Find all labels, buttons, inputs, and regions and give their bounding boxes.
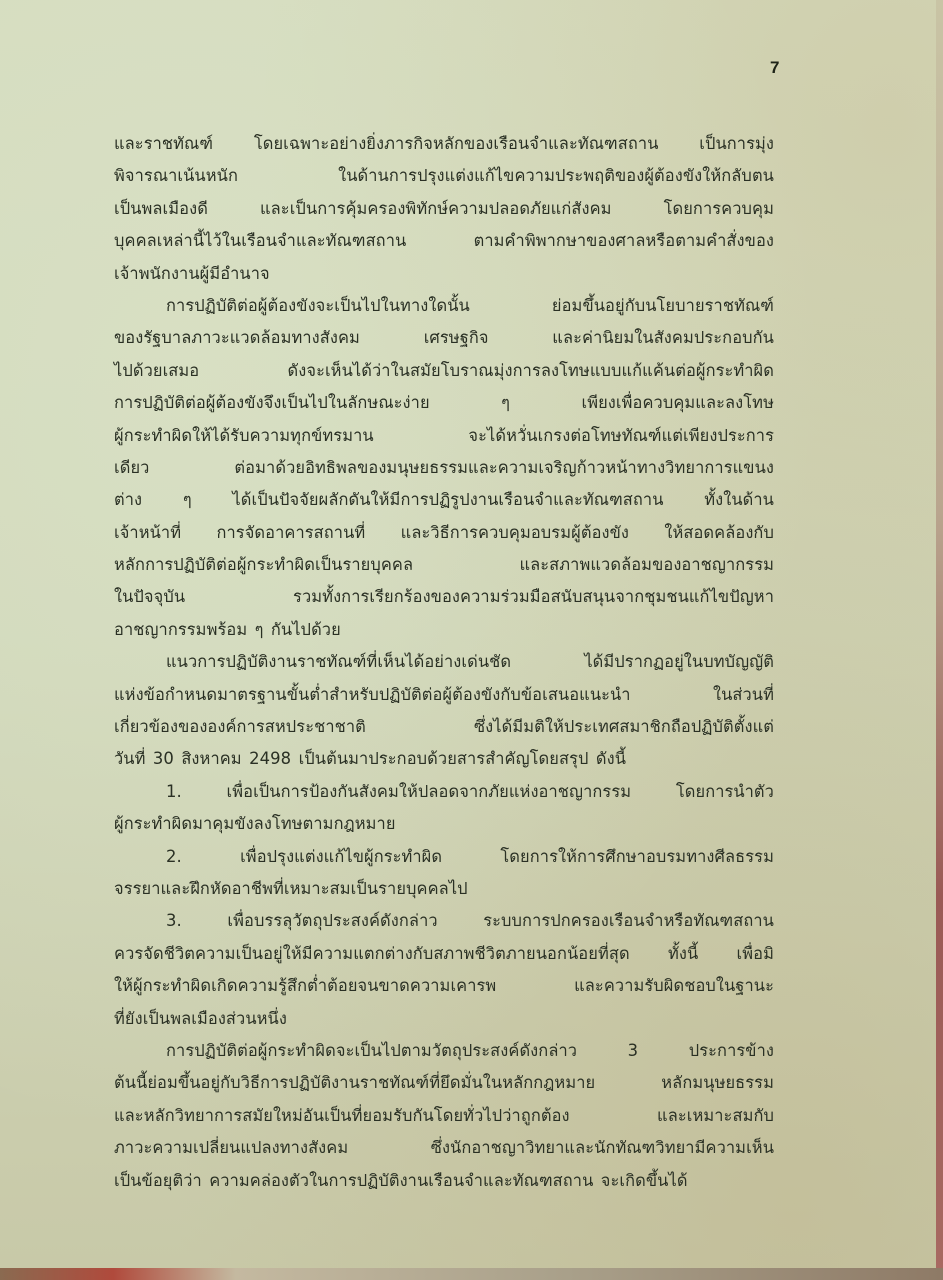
text-line: ที่ยังเป็นพลเมืองส่วนหนึ่ง: [114, 1003, 774, 1035]
text-line: และหลักวิทยาการสมัยใหม่อันเป็นที่ยอมรับก…: [114, 1100, 774, 1132]
text-line: พิจารณาเน้นหนักในด้านการปรุงแต่งแก้ไขควา…: [114, 160, 774, 192]
text-line: เดียวต่อมาด้วยอิทธิพลของมนุษยธรรมและความ…: [114, 452, 774, 484]
text-line: หลักการปฏิบัติต่อผู้กระทำผิดเป็นรายบุคคล…: [114, 549, 774, 581]
text-line: ต่างๆได้เป็นปัจจัยผลักดันให้มีการปฏิรูปง…: [114, 484, 774, 516]
text-line: 1.เพื่อเป็นการป้องกันสังคมให้ปลอดจากภัยแ…: [114, 776, 774, 808]
text-line: 2.เพื่อปรุงแต่งแก้ไขผู้กระทำผิดโดยการให้…: [114, 841, 774, 873]
text-line: ไปด้วยเสมอดังจะเห็นได้ว่าในสมัยโบราณมุ่ง…: [114, 355, 774, 387]
paragraph-item3: 3.เพื่อบรรลุวัตถุประสงค์ดังกล่าวระบบการป…: [114, 905, 774, 1035]
text-line: เจ้าหน้าที่การจัดอาคารสถานที่และวิธีการค…: [114, 517, 774, 549]
paragraph-p2: การปฏิบัติต่อผู้ต้องขังจะเป็นไปในทางใดนั…: [114, 290, 774, 646]
text-line: ต้นนี้ย่อมขึ้นอยู่กับวิธีการปฏิบัติงานรา…: [114, 1067, 774, 1099]
paragraph-item1: 1.เพื่อเป็นการป้องกันสังคมให้ปลอดจากภัยแ…: [114, 776, 774, 841]
text-line: เกี่ยวข้องขององค์การสหประชาชาติซึ่งได้มี…: [114, 711, 774, 743]
text-line: ผู้กระทำผิดมาคุมขังลงโทษตามกฎหมาย: [114, 808, 774, 840]
page-edge-right: [936, 0, 943, 1280]
paragraph-item2: 2.เพื่อปรุงแต่งแก้ไขผู้กระทำผิดโดยการให้…: [114, 841, 774, 906]
text-line: การปฏิบัติต่อผู้ต้องขังจะเป็นไปในทางใดนั…: [114, 290, 774, 322]
text-line: เป็นพลเมืองดีและเป็นการคุ้มครองพิทักษ์คว…: [114, 193, 774, 225]
body-text: และราชทัณฑ์โดยเฉพาะอย่างยิ่งภารกิจหลักขอ…: [114, 128, 774, 1197]
text-line: แนวการปฏิบัติงานราชทัณฑ์ที่เห็นได้อย่างเ…: [114, 646, 774, 678]
paragraph-p3: แนวการปฏิบัติงานราชทัณฑ์ที่เห็นได้อย่างเ…: [114, 646, 774, 776]
text-line: การปฏิบัติต่อผู้กระทำผิดจะเป็นไปตามวัตถุ…: [114, 1035, 774, 1067]
page-edge-bottom: [0, 1268, 943, 1280]
text-line: เจ้าพนักงานผู้มีอำนาจ: [114, 258, 774, 290]
text-line: ควรจัดชีวิตความเป็นอยู่ให้มีความแตกต่างก…: [114, 938, 774, 970]
text-line: 3.เพื่อบรรลุวัตถุประสงค์ดังกล่าวระบบการป…: [114, 905, 774, 937]
text-line: วันที่30สิงหาคม2498เป็นต้นมาประกอบด้วยสา…: [114, 743, 774, 775]
text-line: แห่งข้อกำหนดมาตรฐานขั้นต่ำสำหรับปฏิบัติต…: [114, 679, 774, 711]
text-line: ของรัฐบาลภาวะแวดล้อมทางสังคมเศรษฐกิจและค…: [114, 322, 774, 354]
text-line: บุคคลเหล่านี้ไว้ในเรือนจำและทัณฑสถานตามค…: [114, 225, 774, 257]
page-number: 7: [770, 58, 779, 78]
paragraph-p4: การปฏิบัติต่อผู้กระทำผิดจะเป็นไปตามวัตถุ…: [114, 1035, 774, 1197]
document-page: 7 และราชทัณฑ์โดยเฉพาะอย่างยิ่งภารกิจหลัก…: [0, 0, 936, 1268]
text-line: อาชญากรรมพร้อมๆกันไปด้วย: [114, 614, 774, 646]
text-line: ให้ผู้กระทำผิดเกิดความรู้สึกต่ำต้อยจนขาด…: [114, 970, 774, 1002]
text-line: ภาวะความเปลี่ยนแปลงทางสังคมซึ่งนักอาชญาว…: [114, 1132, 774, 1164]
text-line: การปฏิบัติต่อผู้ต้องขังจึงเป็นไปในลักษณะ…: [114, 387, 774, 419]
text-line: เป็นข้อยุติว่าความคล่องตัวในการปฏิบัติงา…: [114, 1165, 774, 1197]
text-line: ในปัจจุบันรวมทั้งการเรียกร้องของความร่วม…: [114, 581, 774, 613]
text-line: และราชทัณฑ์โดยเฉพาะอย่างยิ่งภารกิจหลักขอ…: [114, 128, 774, 160]
text-line: จรรยาและฝึกหัดอาชีพที่เหมาะสมเป็นรายบุคค…: [114, 873, 774, 905]
paragraph-p1: และราชทัณฑ์โดยเฉพาะอย่างยิ่งภารกิจหลักขอ…: [114, 128, 774, 290]
text-line: ผู้กระทำผิดให้ได้รับความทุกข์ทรมานจะได้ห…: [114, 420, 774, 452]
